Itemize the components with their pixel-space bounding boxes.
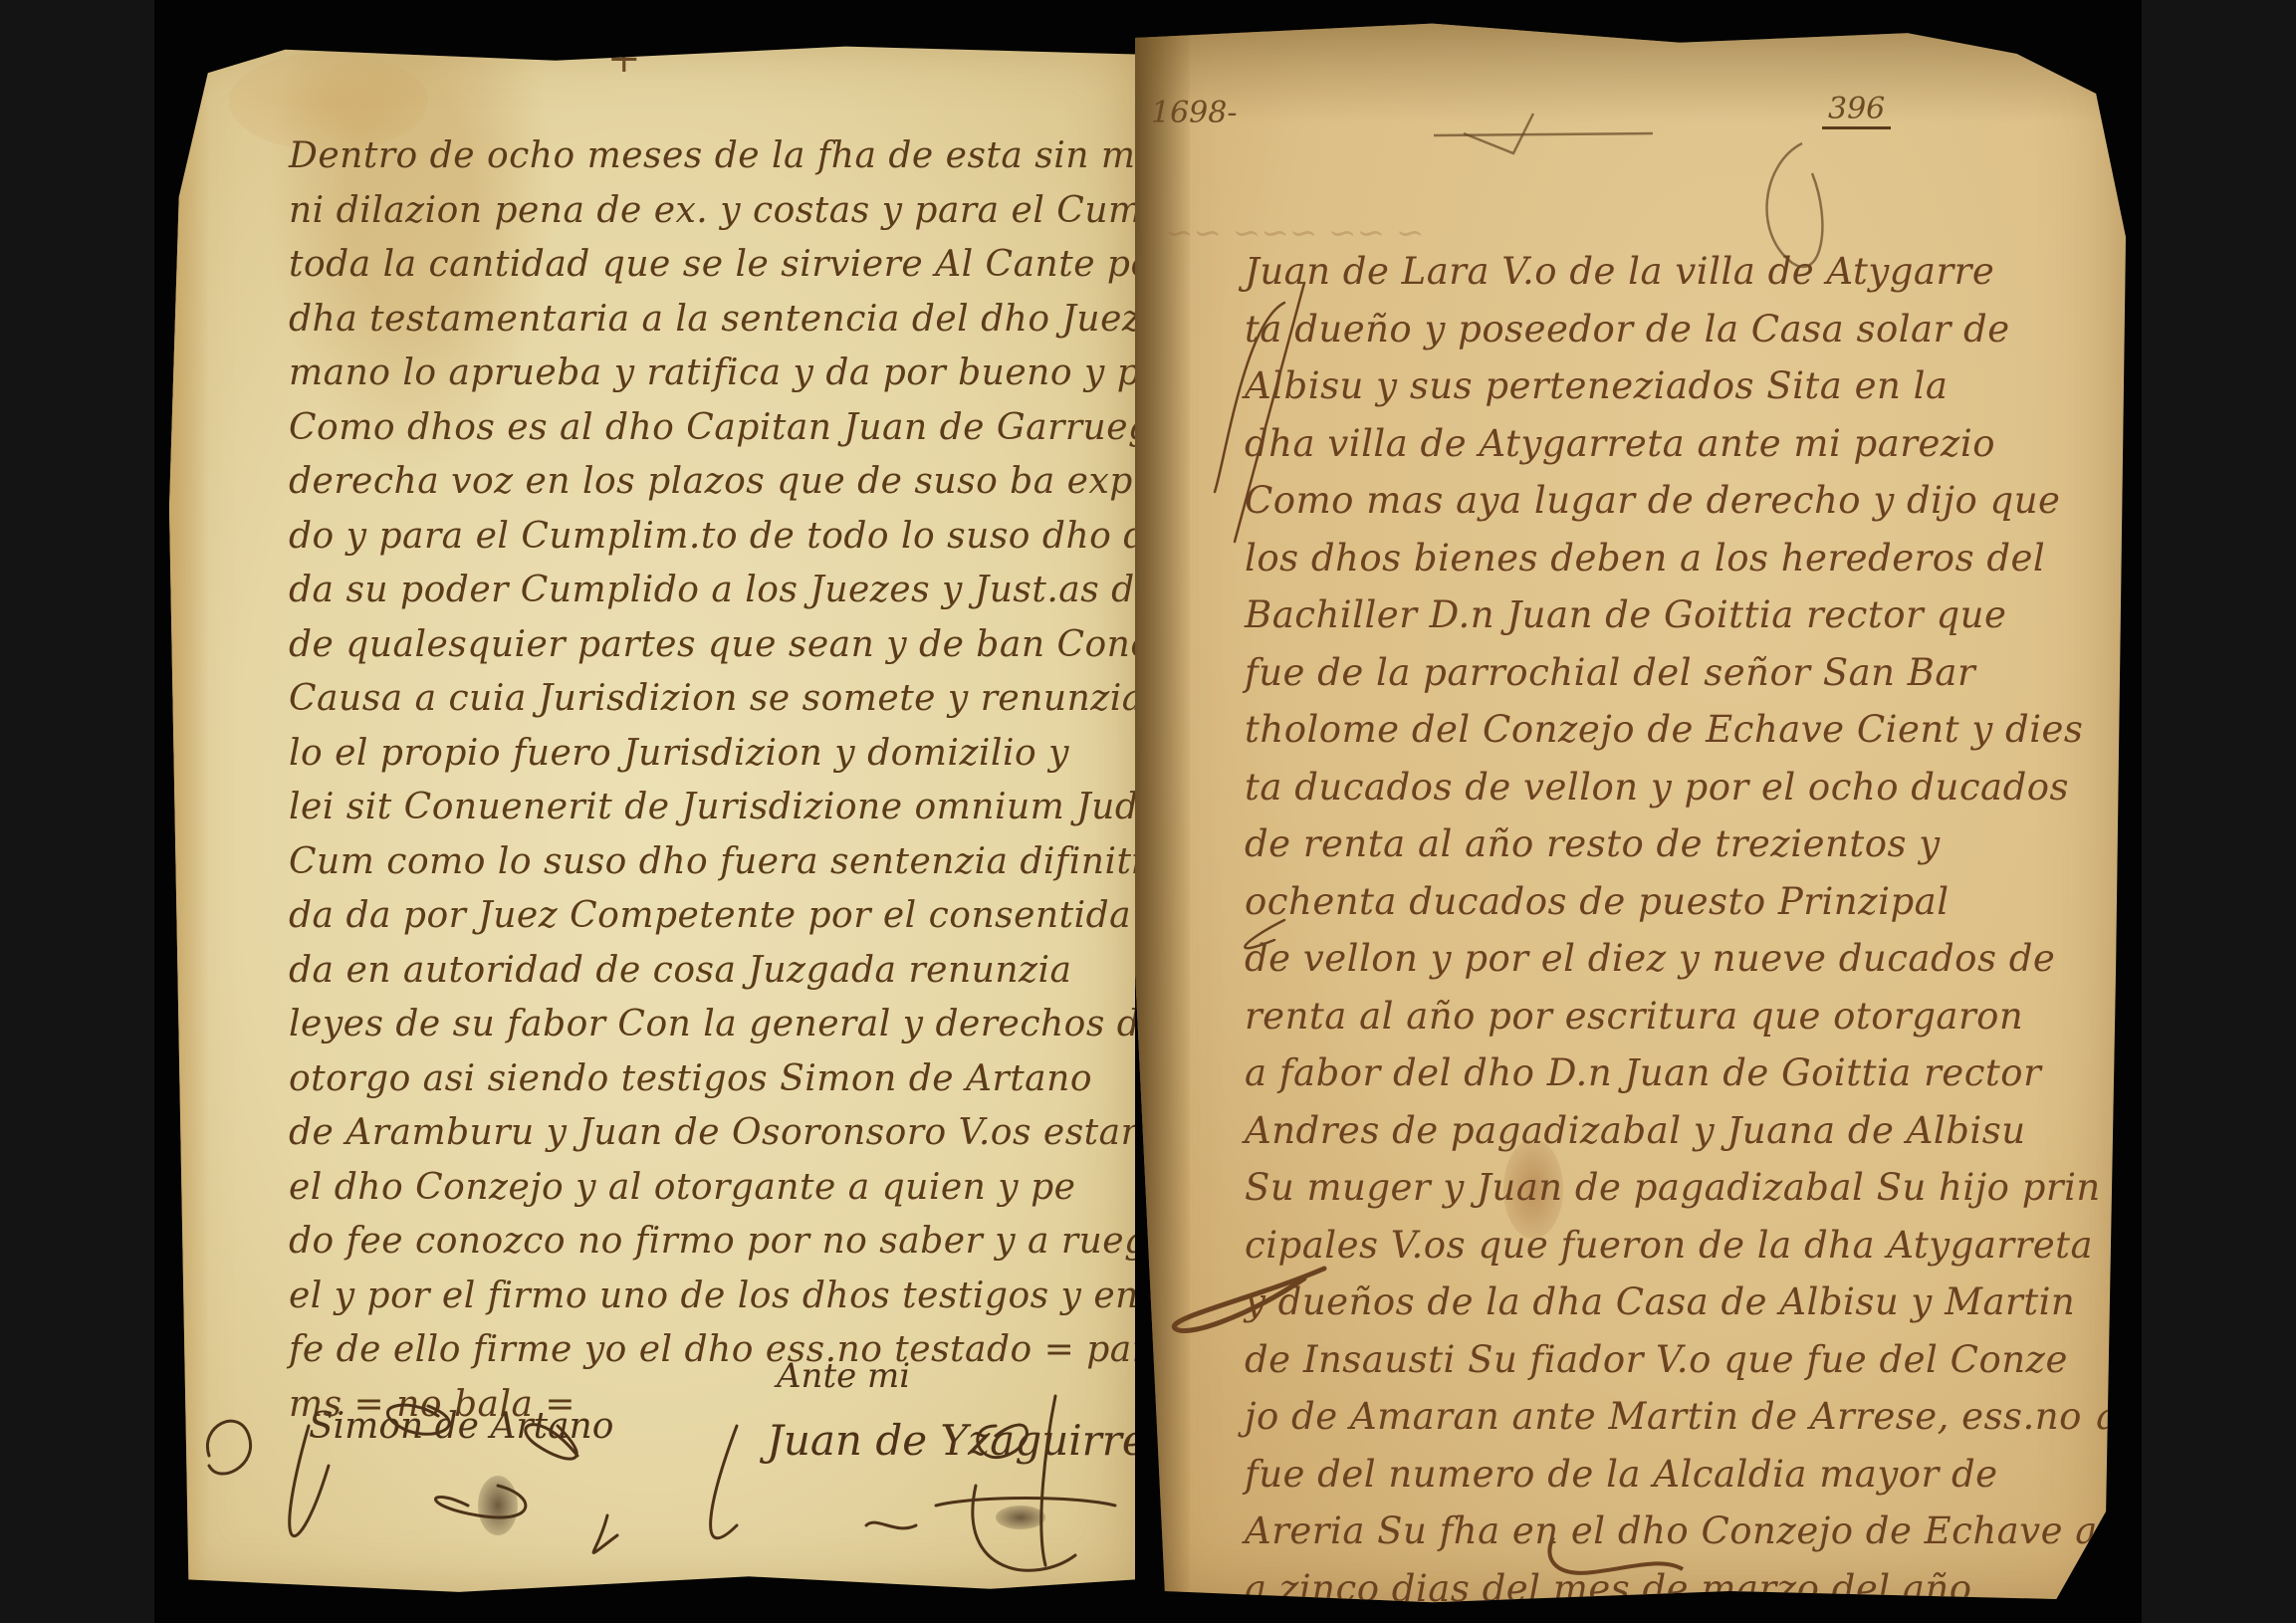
manuscript-line: fue de la parrochial del señor San Bar [1245,644,2121,702]
manuscript-line: el dho Conzejo y al otorgante a quien y … [289,1161,1135,1216]
left-page: + Dentro de ocho meses de la fha de esta… [169,42,1135,1595]
manuscript-line: Juan de Lara V.o de la villa de Atygarre [1245,243,2121,301]
manuscript-line: a fabor del dho D.n Juan de Goittia rect… [1245,1044,2121,1102]
manuscript-line: Causa a cuia Jurisdizion se somete y ren… [289,672,1135,727]
manuscript-line: ta dueño y poseedor de la Casa solar de [1245,301,2121,358]
manuscript-line: el y por el firmo uno de los dhos testig… [289,1270,1135,1324]
manuscript-line: do y para el Cumplim.to de todo lo suso … [289,510,1135,565]
left-page-body: Dentro de ocho meses de la fha de esta s… [289,129,1135,1432]
year-mark: 1698- [1151,96,1237,130]
manuscript-line: mano lo aprueba y ratifica y da por buen… [289,347,1135,401]
signature-area: Simon de Artano Ante mi Juan de Yzaguirr… [179,1366,1135,1565]
ink-blot [478,1476,518,1535]
manuscript-line: da en autoridad de cosa Juzgada renunzia [289,944,1135,999]
right-page-body: Juan de Lara V.o de la villa de Atygarre… [1245,243,2121,1607]
manuscript-line: ochenta ducados de puesto Prinzipal [1245,873,2121,931]
manuscript-line: y dueños de la dha Casa de Albisu y Mart… [1245,1274,2121,1331]
manuscript-line: da da por Juez Competente por el consent… [289,889,1135,944]
signature-flourish [179,1366,1135,1585]
manuscript-line: de vellon y por el diez y nueve ducados … [1245,930,2121,988]
manuscript-line: do fee conozco no firmo por no saber y a… [289,1215,1135,1270]
right-page: 1698- 396 ~ ~~ ~~~ ~~ Juan de Lara V.o d… [1135,14,2126,1607]
manuscript-line: lei sit Conuenerit de Jurisdizione omniu… [289,781,1135,835]
ink-blot [996,1506,1045,1529]
manuscript-line: da su poder Cumplido a los Juezes y Just… [289,564,1135,618]
manuscript-line: Cum como lo suso dho fuera sentenzia dif… [289,835,1135,890]
manuscript-line: de Insausti Su fiador V.o que fue del Co… [1245,1331,2121,1389]
closing-flourish [1533,1527,1732,1587]
manuscript-line: otorgo asi siendo testigos Simon de Arta… [289,1052,1135,1107]
manuscript-line: ni dilazion pena de ex. y costas y para … [289,184,1135,239]
manuscript-line: de qualesquier partes que sean y de ban … [289,618,1135,673]
manuscript-line: Albisu y sus perteneziados Sita en la [1245,357,2121,415]
manuscript-line: dha villa de Atygarreta ante mi parezio [1245,415,2121,473]
manuscript-line: ta ducados de vellon y por el ocho ducad… [1245,759,2121,816]
manuscript-line: toda la cantidad que se le sirviere Al C… [289,238,1135,293]
manuscript-line: los dhos bienes deben a los herederos de… [1245,530,2121,587]
manuscript-line: Su muger y Juan de pagadizabal Su hijo p… [1245,1159,2121,1217]
manuscript-line: cipales V.os que fueron de la dha Atygar… [1245,1217,2121,1275]
manuscript-line: Bachiller D.n Juan de Goittia rector que [1245,586,2121,644]
manuscript-line: Como dhos es al dho Capitan Juan de Garr… [289,401,1135,456]
manuscript-line: leyes de su fabor Con la general y derec… [289,998,1135,1052]
manuscript-line: jo de Amaran ante Martin de Arrese, ess.… [1245,1388,2121,1446]
manuscript-line: fue del numero de la Alcaldia mayor de [1245,1446,2121,1504]
manuscript-line: renta al año por escritura que otorgaron [1245,988,2121,1045]
manuscript-line: de renta al año resto de trezientos y [1245,815,2121,873]
manuscript-line: de Aramburu y Juan de Osoronsoro V.os es… [289,1106,1135,1161]
manuscript-line: Dentro de ocho meses de la fha de esta s… [289,129,1135,184]
manuscript-line: dha testamentaria a la sentencia del dho… [289,293,1135,348]
manuscript-line: tholome del Conzejo de Echave Cient y di… [1245,701,2121,759]
manuscript-line: lo el propio fuero Jurisdizion y domizil… [289,727,1135,782]
manuscript-line: Como mas aya lugar de derecho y dijo que [1245,472,2121,530]
manuscript-line: derecha voz en los plazos que de suso ba… [289,455,1135,510]
manuscript-line: Andres de pagadizabal y Juana de Albisu [1245,1102,2121,1160]
